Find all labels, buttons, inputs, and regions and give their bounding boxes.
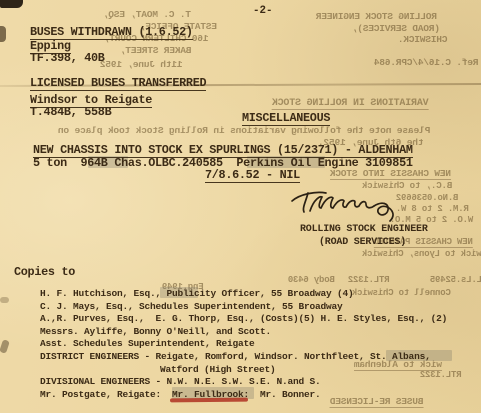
copies-list-line: C. J. Mays, Esq., Schedules Superintende… xyxy=(40,301,343,312)
scanned-document-page: { "page": { "page_number": "-2-" }, "wit… xyxy=(0,0,481,413)
copies-list-line: A.,R. Purves, Esq., E. G. Thorp, Esq., (… xyxy=(40,313,447,324)
copies-list-line: DIVISIONAL ENGINEERS - N.W. N.E. S.W. S.… xyxy=(40,376,321,387)
copies-list-line: Asst. Schedules Superintendent, Reigate xyxy=(40,338,255,349)
copies-list-line: Watford (High Street) xyxy=(160,364,276,375)
red-underline-mark xyxy=(170,398,248,403)
copies-list-line: Messrs. Ayliffe, Bonny O'Neill, and Scot… xyxy=(40,326,271,337)
copies-list-line: H. F. Hutchison, Esq., Publicity Officer… xyxy=(40,288,354,299)
copies-list-line: DISTRICT ENGINEERS - Reigate, Romford, W… xyxy=(40,351,431,362)
copies-list: H. F. Hutchison, Esq., Publicity Officer… xyxy=(0,0,481,413)
